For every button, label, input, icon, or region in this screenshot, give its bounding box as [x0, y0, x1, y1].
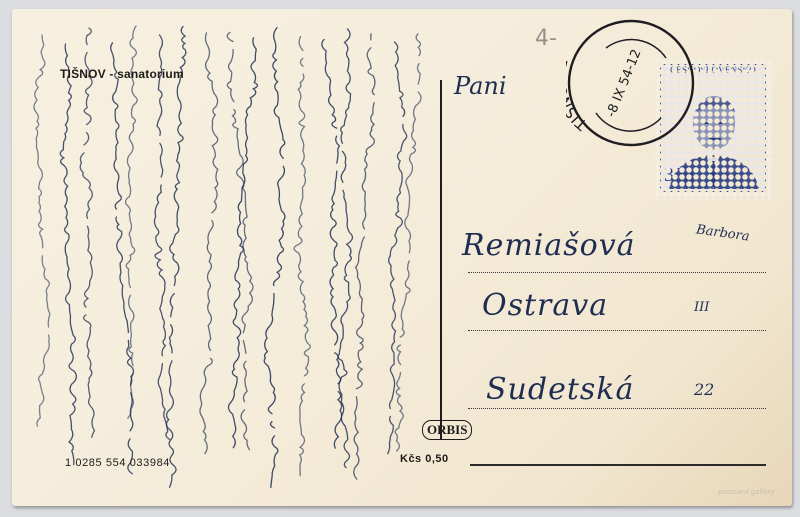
address-line-2: [468, 330, 766, 331]
salutation: Pani: [454, 72, 507, 100]
recipient-house-number: 22: [694, 380, 714, 399]
postmark-town: TIŠNOV 1: [566, 57, 591, 135]
recipient-city: Ostrava: [482, 288, 608, 323]
postmark-date: -8 IX 54-12: [604, 47, 645, 119]
watermark: postcard gallery: [718, 488, 775, 496]
svg-text:TIŠNOV 1: TIŠNOV 1: [566, 57, 591, 135]
price-label: Kčs 0,50: [400, 453, 449, 465]
caption-separator: -: [106, 67, 117, 81]
caption-subject: sanatorium: [117, 67, 184, 81]
caption-place: TIŠNOV: [60, 67, 106, 81]
pencil-note: 4-: [535, 26, 557, 51]
postmark: TIŠNOV 1 -8 IX 54-12: [566, 18, 696, 148]
recipient-surname: Remiašová: [462, 228, 636, 263]
publisher-logo: ORBIS: [422, 420, 472, 440]
center-divider: [440, 80, 442, 440]
stamp-value: 30h: [664, 164, 694, 187]
recipient-district: III: [694, 300, 709, 315]
address-line-1: [468, 272, 766, 273]
address-line-3: [468, 408, 766, 409]
recipient-street: Sudetská: [486, 372, 634, 407]
catalog-number: 1 0285 554 033984: [65, 457, 170, 469]
postcard-caption: TIŠNOV - sanatorium: [60, 67, 184, 81]
handwritten-message: [18, 14, 438, 504]
address-line-4: [470, 464, 766, 466]
